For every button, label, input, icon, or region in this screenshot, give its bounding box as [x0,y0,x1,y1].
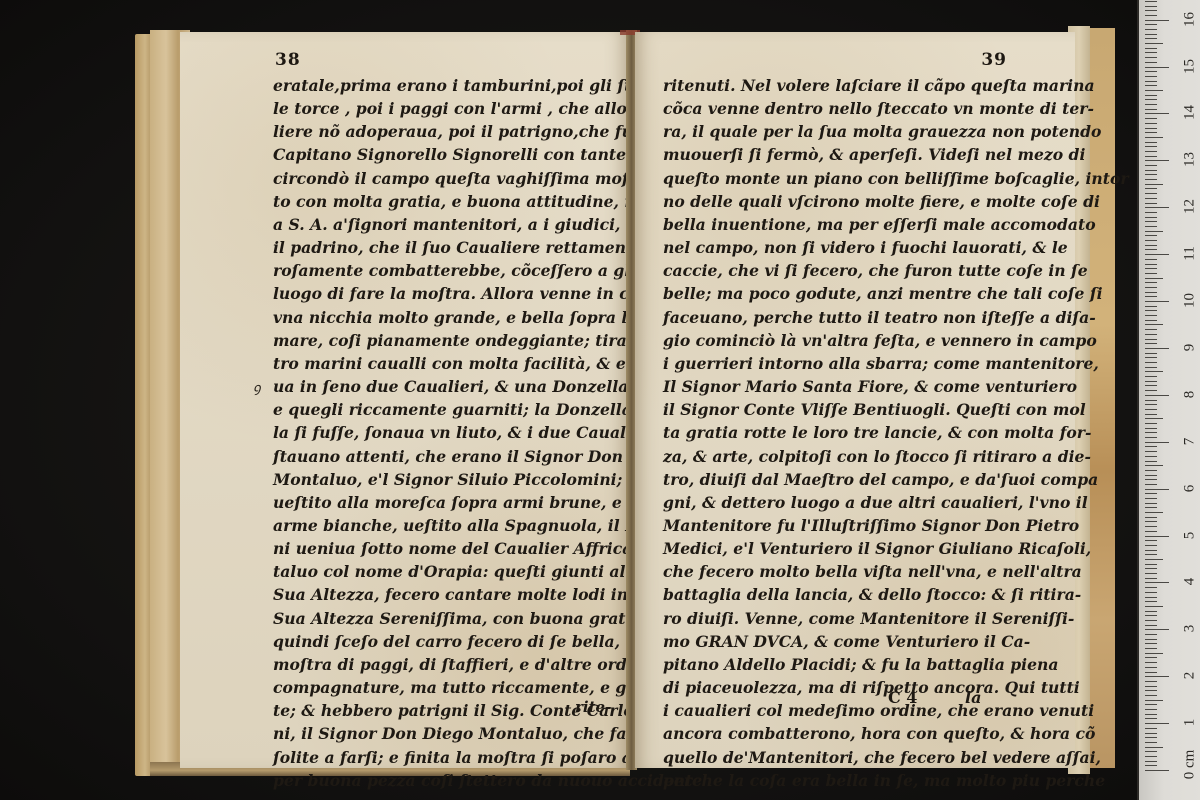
ruler-tick [1145,301,1169,302]
text-line: ra, il quale per la ſua molta grauezza n… [663,120,1008,143]
text-line: Sua Altezza, fecero cantare molte lodi i… [273,583,621,606]
text-line: Capitano Signorello Signorelli con tante… [273,143,621,166]
ruler-tick [1145,723,1169,724]
ruler-tick [1145,76,1157,77]
ruler-tick [1145,20,1169,21]
text-line: e quegli riccamente guarniti; la Donzell… [273,398,621,421]
ruler-tick [1145,1,1157,2]
ruler-tick [1145,310,1157,311]
page-number-left: 38 [275,50,301,70]
ruler-tick [1145,667,1157,668]
page-number-right: 39 [981,50,1007,70]
ruler-tick [1145,226,1157,227]
ruler-tick [1145,770,1169,771]
ruler-tick [1145,587,1157,588]
ruler-tick [1145,24,1157,25]
ruler-tick [1145,733,1157,734]
ruler-tick [1145,625,1157,626]
ruler-tick [1145,381,1157,382]
text-line: ni, il Signor Don Diego Montaluo, che fa… [273,722,621,745]
ruler-tick [1145,207,1169,208]
ruler-tick [1145,174,1157,175]
ruler-tick [1145,676,1169,677]
text-line: i guerrieri intorno alla sbarra; come ma… [663,352,1008,375]
ruler-tick [1145,751,1157,752]
ruler-tick [1145,653,1163,654]
ruler-tick [1145,592,1157,593]
ruler-tick [1145,564,1157,565]
ruler-tick [1145,414,1157,415]
ruler-label: 9 [1182,332,1199,362]
ruler-tick [1145,714,1157,715]
text-line: moſtra di paggi, di ſtaffieri, e d'altre… [273,653,621,676]
ruler-tick [1145,620,1157,621]
ruler-label: 14 [1182,98,1199,128]
ruler-tick [1145,498,1157,499]
text-line: tro marini caualli con molta facilità, &… [273,352,621,375]
text-line: ua in ſeno due Caualieri, & una Donzella… [273,375,621,398]
text-line: la ſi fuſſe, ſonaua vn liuto, & i due Ca… [273,421,621,444]
catchword-right: la [965,688,981,707]
left-page: 38 ꝯ eratale,prima erano i tamburini,poi… [180,32,629,768]
ruler-tick [1145,718,1157,719]
ruler-tick [1145,34,1157,35]
signature-mark: C 4 [888,688,917,707]
ruler-tick [1145,334,1157,335]
text-line: queſto monte un piano con belliſſime boſ… [663,167,1008,190]
ruler-tick [1145,348,1169,349]
ruler-tick [1145,573,1157,574]
ruler-tick [1145,390,1157,391]
ruler-tick [1145,268,1157,269]
text-line: ta gratia rotte le loro tre lancie, & co… [663,421,1008,444]
ruler-tick [1145,156,1157,157]
ruler-tick [1145,517,1157,518]
ruler-tick [1145,456,1157,457]
ruler-tick [1145,526,1157,527]
ruler-tick [1145,264,1157,265]
left-page-text: eratale,prima erano i tamburini,poi gli … [273,74,621,792]
ruler-tick [1145,423,1157,424]
ruler-tick [1145,343,1157,344]
ruler-tick [1145,52,1157,53]
ruler-tick [1145,461,1157,462]
ruler-tick [1145,362,1157,363]
ruler-tick [1145,737,1157,738]
ruler-label: 3 [1182,614,1199,644]
ruler-tick [1145,400,1157,401]
ruler-tick [1145,681,1157,682]
ruler-tick [1145,57,1157,58]
text-line: i caualieri col medeſimo ordine, che era… [663,699,1008,722]
text-line: gni, & dettero luogo a due altri caualie… [663,491,1008,514]
text-line: roſamente combatterebbe, cõceſſero a gl'… [273,259,621,282]
text-line: circondò il campo queſta vaghiſſima moſt… [273,167,621,190]
ruler-tick [1145,193,1157,194]
ruler-tick [1145,512,1163,513]
text-line: ni ueniua ſotto nome del Caualier Affric… [273,537,621,560]
ruler-tick [1145,709,1157,710]
ruler-tick [1145,38,1157,39]
ruler-tick [1145,71,1157,72]
text-line: taluo col nome d'Orapia: queſti giunti a… [273,560,621,583]
ruler-tick [1145,151,1157,152]
ruler-tick [1145,146,1157,147]
ruler-tick [1145,606,1163,607]
text-line: Mantenitore fu l'Illuſtriſſimo Signor Do… [663,514,1008,537]
text-line: gio cominciò là vn'altra feſta, e venner… [663,329,1008,352]
text-line: a S. A. a'ſignori mantenitori, a i giudi… [273,213,621,236]
ruler-tick [1145,90,1163,91]
ruler-tick [1145,320,1157,321]
text-line: za, & arte, colpitoſi con lo ſtocco ſi r… [663,445,1008,468]
ruler-tick [1145,765,1157,766]
ruler-tick [1145,418,1163,419]
ruler-tick [1145,582,1169,583]
ruler-tick [1145,742,1157,743]
ruler-tick [1145,503,1157,504]
ruler-tick [1145,371,1163,372]
ruler-tick [1145,104,1157,105]
ruler-tick [1145,536,1169,537]
text-line: bella inuentione, ma per eſſerſi male ac… [663,213,1008,236]
ruler-tick [1145,662,1157,663]
ruler-tick [1145,48,1157,49]
text-line: muouerſi ſi fermò, & aperſeſi. Videſi ne… [663,143,1008,166]
ruler-tick [1145,395,1169,396]
text-line: di piaceuolezza, ma di riſpetto ancora. … [663,676,1008,699]
ruler-tick [1145,357,1157,358]
ruler-tick [1145,446,1157,447]
text-line: to con molta gratia, e buona attitudine,… [273,190,621,213]
ruler-tick [1145,95,1157,96]
text-line: mare, coſi pianamente ondeggiante; tirau… [273,329,621,352]
measuring-ruler: 0 cm12345678910111213141516 [1137,0,1200,800]
ruler-tick [1145,568,1157,569]
ruler-tick [1145,437,1157,438]
text-line: arme bianche, ueſtito alla Spagnuola, il… [273,514,621,537]
ruler-tick [1145,160,1169,161]
text-line: ueſtito alla moreſca ſopra armi brune, e… [273,491,621,514]
ruler-tick [1145,756,1157,757]
ruler-tick [1145,479,1157,480]
ruler-label: 7 [1182,426,1199,456]
ruler-tick [1145,643,1157,644]
ruler-tick [1145,601,1157,602]
ruler-tick [1145,704,1157,705]
ruler-tick [1145,442,1169,443]
open-book: 38 ꝯ eratale,prima erano i tamburini,poi… [130,22,1120,780]
text-line: per buona pezza coſi ſtettero da nuouo a… [273,769,621,792]
ruler-tick [1145,404,1157,405]
text-line: ancora combatterono, hora con queſto, & … [663,722,1008,745]
text-line: luogo di fare la moſtra. Allora venne in… [273,282,621,305]
text-line: cõca venne dentro nello ſteccato vn mont… [663,97,1008,120]
text-line: le torce , poi i paggi con l'armi , che … [273,97,621,120]
ruler-tick [1145,10,1157,11]
ruler-tick [1145,245,1157,246]
ruler-tick [1145,554,1157,555]
text-line: faceuano, perche tutto il teatro non iſt… [663,306,1008,329]
text-line: mo GRAN DVCA, & come Venturiero il Ca- [663,630,1008,653]
ruler-tick [1145,212,1157,213]
ruler-tick [1145,385,1157,386]
ruler-label: 0 cm [1182,743,1199,787]
ruler-tick [1145,597,1157,598]
ruler-label: 11 [1182,239,1199,269]
ruler-tick [1145,137,1163,138]
ruler-tick [1145,118,1157,119]
text-line: ro diuiſi. Venne, come Mantenitore il Se… [663,607,1008,630]
ruler-tick [1145,278,1163,279]
text-line: battaglia della lancia, & dello ſtocco: … [663,583,1008,606]
ruler-tick [1145,259,1157,260]
ruler-tick [1145,545,1157,546]
ruler-tick [1145,6,1157,7]
ruler-tick [1145,690,1157,691]
ruler-tick [1145,81,1157,82]
ruler-tick [1145,367,1157,368]
ruler-tick [1145,184,1163,185]
ruler-tick [1145,409,1157,410]
ruler-label: 5 [1182,520,1199,550]
ruler-tick [1145,165,1157,166]
text-line: che fecero molto bella viſta nell'vna, e… [663,560,1008,583]
ruler-tick [1145,62,1157,63]
ruler-tick [1145,521,1157,522]
ruler-tick [1145,67,1169,68]
ruler-tick [1145,728,1157,729]
text-line: quindi ſceſo del carro fecero di ſe bell… [273,630,621,653]
text-line: vna nicchia molto grande, e bella ſopra … [273,306,621,329]
ruler-tick [1145,179,1157,180]
ruler-tick [1145,747,1163,748]
catchword-left: rite- [575,698,611,716]
ruler-tick [1145,217,1157,218]
ruler-tick [1145,287,1157,288]
ruler-tick [1145,43,1163,44]
ruler-tick [1145,240,1157,241]
text-line: eratale,prima erano i tamburini,poi gli … [273,74,621,97]
ruler-tick [1145,353,1157,354]
ruler-tick [1145,188,1157,189]
text-line: ſtauano attenti, che erano il Signor Don… [273,445,621,468]
ruler-tick [1145,203,1157,204]
ruler-label: 1 [1182,708,1199,738]
ruler-tick [1145,282,1157,283]
text-line: tro, diuiſi dal Maeſtro del campo, e da'… [663,468,1008,491]
ruler-tick [1145,493,1157,494]
text-line: nel campo, non ſi videro i fuochi lauora… [663,236,1008,259]
ruler-tick [1145,15,1157,16]
ruler-tick [1145,531,1157,532]
ruler-tick [1145,329,1157,330]
ruler-tick [1145,109,1157,110]
text-line: Il Signor Mario Santa Fiore, & come vent… [663,375,1008,398]
ruler-label: 4 [1182,567,1199,597]
ruler-tick [1145,489,1169,490]
right-page-text: ritenuti. Nel volere laſciare il cãpo qu… [663,74,1008,792]
ruler-tick [1145,324,1163,325]
text-line: il padrino, che il ſuo Caualiere rettame… [273,236,621,259]
ruler-tick [1145,629,1169,630]
ruler-tick [1145,484,1157,485]
ruler-tick [1145,634,1157,635]
text-line: compagnature, ma tutto riccamente, e gra… [273,676,621,699]
text-line: Sua Altezza Sereniſſima, con buona grati… [273,607,621,630]
ruler-tick [1145,249,1157,250]
ruler-tick [1145,611,1157,612]
ruler-tick [1145,695,1157,696]
ruler-tick [1145,306,1157,307]
ruler-tick [1145,123,1157,124]
ruler-label: 15 [1182,51,1199,81]
ruler-tick [1145,578,1157,579]
ruler-tick [1145,615,1157,616]
ruler-tick [1145,339,1157,340]
text-line: caccie, che vi ſi fecero, che furon tutt… [663,259,1008,282]
ruler-tick [1145,432,1157,433]
text-line: il Signor Conte Vliſſe Bentiuogli. Queſt… [663,398,1008,421]
ruler-tick [1145,550,1157,551]
text-line: Medici, e'l Venturiero il Signor Giulian… [663,537,1008,560]
ruler-label: 2 [1182,661,1199,691]
ruler-tick [1145,292,1157,293]
ruler-tick [1145,639,1157,640]
ruler-label: 10 [1182,286,1199,316]
text-line: Montaluo, e'l Signor Siluio Piccolomini;… [273,468,621,491]
text-line: pitano Aldello Placidi; & fu la battagli… [663,653,1008,676]
ruler-label: 13 [1182,145,1199,175]
ruler-tick [1145,315,1157,316]
ruler-tick [1145,475,1157,476]
ruler-tick [1145,559,1163,560]
ruler-tick [1145,376,1157,377]
ruler-tick [1145,128,1157,129]
ruler-tick [1145,428,1157,429]
ruler-tick [1145,686,1157,687]
ruler-tick [1145,235,1157,236]
ruler-tick [1145,507,1157,508]
ruler-tick [1145,451,1157,452]
text-line: liere nõ adoperaua, poi il patrigno,che … [273,120,621,143]
text-line: ſolite a farſi; e finita la moſtra ſi po… [273,746,621,769]
ruler-tick [1145,648,1157,649]
ruler-tick [1145,657,1157,658]
ruler-tick [1145,142,1157,143]
ruler-tick [1145,231,1163,232]
text-line: no delle quali vſcirono molte fiere, e m… [663,190,1008,213]
ruler-label: 8 [1182,379,1199,409]
ruler-tick [1145,132,1157,133]
text-line: belle; ma poco godute, anzi mentre che t… [663,282,1008,305]
text-line: quello de'Mantenitori, che fecero bel ve… [663,746,1008,769]
ruler-tick [1145,540,1157,541]
ruler-tick [1145,113,1169,114]
ruler-tick [1145,465,1163,466]
ruler-label: 12 [1182,192,1199,222]
ruler-tick [1145,29,1157,30]
ruler-tick [1145,273,1157,274]
ruler-label: 16 [1182,4,1199,34]
marginal-mark: ꝯ [253,378,261,396]
ruler-tick [1145,99,1157,100]
ruler-label: 6 [1182,473,1199,503]
text-line: te; & hebbero patrigni il Sig. Conte Car… [273,699,621,722]
ruler-tick [1145,198,1157,199]
ruler-tick [1145,672,1157,673]
ruler-tick [1145,296,1157,297]
ruler-tick [1145,700,1163,701]
text-line: ritenuti. Nel volere laſciare il cãpo qu… [663,74,1008,97]
ruler-tick [1145,254,1169,255]
right-page: 39 ritenuti. Nel volere laſciare il cãpo… [635,32,1075,768]
text-line: perche la coſa era bella in ſe, ma molto… [663,769,1008,792]
ruler-tick [1145,761,1157,762]
ruler-tick [1145,170,1157,171]
ruler-tick [1145,221,1157,222]
ruler-tick [1145,85,1157,86]
ruler-tick [1145,470,1157,471]
